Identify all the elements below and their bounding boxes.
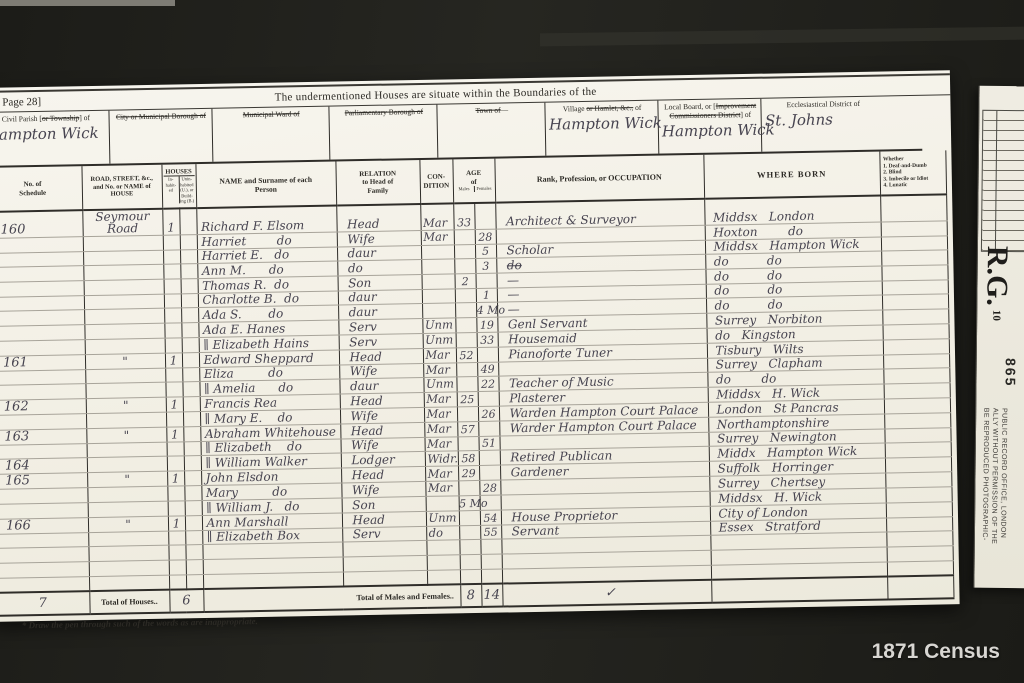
- condition: do: [426, 525, 459, 540]
- house-uninhabited: [180, 264, 197, 279]
- house-uninhabited: [185, 545, 202, 560]
- reference-mark: R.G.10: [979, 246, 1014, 321]
- col-houses: HOUSES In- habit- edUnin- habited (U.), …: [161, 164, 196, 209]
- page-label: Page 28]: [0, 95, 41, 108]
- age-male: [454, 259, 475, 274]
- disability: [880, 194, 946, 222]
- disability: [884, 398, 950, 414]
- col-disability: Whether 1. Deaf-and-Dumb 2. Blind 3. Imb…: [879, 150, 946, 195]
- relation: [343, 555, 427, 571]
- condition: [427, 555, 460, 570]
- disability: [886, 501, 952, 517]
- total-males-females-label: Total of Males and Females..: [203, 584, 460, 612]
- house-uninhabited: [185, 515, 202, 530]
- where-born: Middsx London: [704, 196, 880, 226]
- condition: Mar: [424, 392, 457, 408]
- person-name: Richard F. Elsom: [196, 206, 336, 235]
- condition: Unm: [423, 377, 456, 392]
- age-male: [459, 510, 480, 525]
- relation: Head: [336, 204, 420, 232]
- age-female: [478, 391, 499, 406]
- piece-number: 865: [1002, 358, 1018, 388]
- house-uninhabited: [186, 574, 203, 589]
- age-male: [457, 436, 478, 451]
- disability: [885, 472, 951, 488]
- road-name: [84, 309, 164, 325]
- age-male: [454, 229, 475, 244]
- age-female: 3: [475, 258, 496, 273]
- age-female: [480, 539, 501, 554]
- col-relation: RELATION to Head of Family: [335, 160, 420, 206]
- total-houses-label: Total of Houses..: [89, 590, 169, 614]
- header-field: Civil Parish [or Township] ofHampton Wic…: [0, 111, 110, 166]
- disability: [883, 338, 949, 354]
- house-inhabited: [165, 367, 182, 382]
- relation: daur: [338, 289, 422, 305]
- condition: [427, 570, 460, 585]
- house-inhabited: [165, 382, 182, 397]
- age-male: 52: [456, 347, 477, 362]
- age-male: [456, 332, 477, 347]
- house-inhabited: [168, 545, 185, 560]
- age-male: [456, 377, 477, 392]
- header-field: Ecclesiastical District ofSt. Johns: [762, 96, 885, 151]
- disability: [881, 265, 947, 281]
- field-value: Hampton Wick: [662, 121, 760, 141]
- house-uninhabited: [180, 235, 197, 250]
- house-uninhabited: [184, 486, 201, 501]
- road-name: [84, 294, 164, 310]
- relation: Head: [339, 348, 423, 365]
- disability: [885, 487, 951, 503]
- field-value: [441, 116, 543, 118]
- age-male: [455, 288, 476, 303]
- age-male: 57: [457, 421, 478, 436]
- house-inhabited: [165, 338, 182, 353]
- age-male: 2: [454, 274, 475, 289]
- age-female: 22: [477, 376, 498, 391]
- age-female: [479, 465, 500, 480]
- age-male: 29: [458, 466, 479, 481]
- disability: [883, 353, 949, 369]
- schedule-number: 160: [0, 210, 83, 238]
- age-female: 55: [480, 525, 501, 540]
- disability: [882, 324, 948, 340]
- age-male: [460, 554, 481, 569]
- condition: [422, 289, 455, 304]
- occupation: Architect & Surveyor: [495, 199, 704, 229]
- house-uninhabited: [181, 308, 198, 323]
- house-inhabited: [164, 294, 181, 309]
- road-name: ": [87, 471, 167, 487]
- house-inhabited: [163, 250, 180, 265]
- road-name: [89, 575, 169, 591]
- age-male: [457, 406, 478, 421]
- house-uninhabited: [185, 500, 202, 515]
- relation: Lodger: [341, 452, 425, 469]
- age-female: [481, 554, 502, 569]
- relation: Wife: [339, 363, 423, 379]
- age-male: [459, 540, 480, 555]
- house-inhabited: [164, 308, 181, 323]
- road-name: [84, 279, 164, 295]
- house-inhabited: [164, 279, 181, 294]
- house-inhabited: [167, 441, 184, 456]
- house-inhabited: [168, 501, 185, 516]
- field-value: Hampton Wick: [0, 124, 107, 144]
- census-table: No. of Schedule ROAD, STREET, &c., and N…: [0, 150, 954, 616]
- age-female: [475, 273, 496, 288]
- relation: Serv: [338, 319, 422, 335]
- house-inhabited: [163, 235, 180, 250]
- condition: [426, 540, 459, 555]
- disability: [885, 442, 951, 458]
- condition: Mar: [425, 481, 458, 496]
- col-where-born: WHERE BORN: [703, 152, 880, 199]
- house-inhabited: [166, 412, 183, 427]
- age-male: [459, 525, 480, 540]
- house-uninhabited: [181, 279, 198, 294]
- house-uninhabited: [184, 471, 201, 486]
- house-inhabited: [167, 486, 184, 501]
- field-value: [112, 122, 209, 124]
- road-name: [83, 250, 163, 266]
- age-male: [455, 303, 476, 318]
- age-male: 58: [458, 451, 479, 466]
- condition: Unm: [426, 510, 459, 526]
- header-field: Parliamentary Borough of: [330, 105, 439, 160]
- age-male: 25: [457, 391, 478, 406]
- house-uninhabited: [181, 293, 198, 308]
- col-schedule: No. of Schedule: [0, 166, 82, 212]
- age-male: 33: [453, 203, 474, 230]
- disability: [884, 427, 950, 443]
- condition: Mar: [424, 436, 457, 451]
- relation: Wife: [341, 482, 425, 498]
- age-female: 28: [479, 480, 500, 495]
- strip-grid: [981, 110, 1024, 252]
- col-name: NAME and Surname of each Person: [195, 162, 336, 209]
- condition: [426, 496, 459, 511]
- relation: Wife: [340, 437, 424, 453]
- road-name: ": [88, 516, 168, 532]
- house-inhabited: [169, 560, 186, 575]
- age-male: 5 Mo: [459, 495, 480, 510]
- relation: daur: [339, 378, 423, 394]
- table-body: 160Seymour Road1Richard F. ElsomHeadMar3…: [0, 194, 953, 592]
- house-inhabited: [163, 264, 180, 279]
- age-female: 1: [476, 288, 497, 303]
- disability: [882, 309, 948, 325]
- header-field: Municipal Ward of: [212, 107, 330, 162]
- house-inhabited: [168, 530, 185, 545]
- relation: Wife: [340, 407, 424, 423]
- house-inhabited: [164, 323, 181, 338]
- age-female: 51: [478, 436, 499, 451]
- field-value: [216, 120, 327, 122]
- condition: Mar: [420, 203, 453, 230]
- road-name: [87, 486, 167, 502]
- road-name: [85, 368, 165, 384]
- road-name: ": [85, 353, 165, 369]
- condition: Widr.: [425, 451, 458, 467]
- total-females-value: 14: [481, 583, 502, 606]
- relation: Head: [340, 422, 424, 439]
- road-name: [83, 265, 163, 281]
- condition: Unm: [422, 318, 455, 333]
- road-name: [84, 323, 164, 339]
- adjacent-page-strip: R.G.10 865 BE REPRODUCED PHOTOGRAPHIC-AL…: [973, 86, 1024, 589]
- field-value: [333, 118, 435, 120]
- house-uninhabited: [186, 560, 203, 575]
- age-female: 54: [480, 510, 501, 525]
- age-male: [458, 481, 479, 496]
- col-road: ROAD, STREET, &c., and No. or NAME of HO…: [81, 165, 162, 210]
- house-inhabited: 1: [166, 426, 183, 441]
- road-name: [88, 531, 168, 547]
- road-name: [87, 456, 167, 472]
- road-name: Seymour Road: [82, 209, 162, 237]
- header-field: Village or Hamlet, &c., ofHampton Wick: [546, 101, 660, 156]
- house-inhabited: 1: [162, 208, 179, 235]
- col-age: AGE of MalesFemales: [452, 159, 495, 204]
- age-female: 5: [475, 244, 496, 259]
- house-uninhabited: [183, 426, 200, 441]
- age-female: [479, 450, 500, 465]
- age-female: [481, 569, 502, 584]
- house-inhabited: [169, 575, 186, 590]
- relation: Son: [342, 496, 426, 512]
- disability: [882, 280, 948, 296]
- relation: daur: [337, 245, 421, 261]
- relation: [343, 570, 427, 586]
- house-uninhabited: [182, 367, 199, 382]
- condition: [421, 245, 454, 260]
- house-uninhabited: [184, 456, 201, 471]
- disability: [887, 546, 953, 562]
- house-uninhabited: [184, 441, 201, 456]
- disability: [881, 221, 947, 237]
- disability: [881, 236, 947, 252]
- road-name: ": [86, 397, 166, 413]
- margin-note: 7: [0, 591, 90, 616]
- house-uninhabited: [182, 382, 199, 397]
- road-name: [85, 338, 165, 354]
- road-name: [87, 442, 167, 458]
- disability: [883, 368, 949, 384]
- col-condition: CON- DITION: [419, 159, 453, 204]
- condition: [422, 303, 455, 318]
- road-name: [88, 501, 168, 517]
- house-uninhabited: [182, 337, 199, 352]
- total-males-value: 8: [460, 584, 481, 607]
- condition: Mar: [423, 362, 456, 377]
- condition: Mar: [424, 421, 457, 437]
- house-uninhabited: [180, 249, 197, 264]
- condition: Unm: [423, 333, 456, 348]
- house-inhabited: 1: [167, 471, 184, 486]
- house-uninhabited: [181, 323, 198, 338]
- age-female: 26: [478, 406, 499, 421]
- road-name: [83, 235, 163, 251]
- age-male: [454, 244, 475, 259]
- relation: do: [337, 260, 421, 276]
- check-mark: ✓: [502, 580, 711, 607]
- age-female: [477, 347, 498, 362]
- relation: Head: [340, 392, 424, 409]
- road-name: [85, 382, 165, 398]
- disability: [886, 516, 952, 532]
- total-houses-value: 6: [169, 589, 203, 613]
- condition: Mar: [424, 407, 457, 422]
- road-name: ": [86, 427, 166, 443]
- header-field: Town of—: [438, 103, 547, 158]
- house-uninhabited: [183, 396, 200, 411]
- condition: Mar: [425, 466, 458, 482]
- disability: [884, 412, 950, 428]
- age-female: [474, 203, 495, 230]
- disability: [887, 560, 953, 576]
- disability: [886, 531, 952, 547]
- age-male: [455, 318, 476, 333]
- disability: [884, 383, 950, 399]
- condition: [421, 259, 454, 274]
- disability: [882, 294, 948, 310]
- house-inhabited: [167, 456, 184, 471]
- house-uninhabited: [182, 352, 199, 367]
- age-female: 4 Mo: [476, 303, 497, 318]
- road-name: [89, 560, 169, 576]
- house-uninhabited: [179, 208, 196, 235]
- age-male: [460, 569, 481, 584]
- caption: 1871 Census: [872, 640, 1000, 664]
- house-inhabited: 1: [165, 352, 182, 367]
- disability: [881, 250, 947, 266]
- notice-line: PUBLIC RECORD OFFICE, LONDON: [998, 408, 1009, 544]
- field-value: St. Johns: [765, 110, 882, 130]
- relation: [342, 541, 426, 557]
- relation: Son: [338, 275, 422, 291]
- relation: Wife: [337, 230, 421, 246]
- house-inhabited: 1: [168, 515, 185, 530]
- condition: [421, 274, 454, 289]
- census-form-page: Page 28] The undermentioned Houses are s…: [0, 70, 960, 622]
- disability: [885, 457, 951, 473]
- background-streak: [540, 27, 1024, 47]
- condition: Mar: [421, 230, 454, 245]
- age-female: 28: [475, 229, 496, 244]
- road-name: [88, 545, 168, 561]
- age-female: 49: [477, 362, 498, 377]
- relation: Serv: [339, 333, 423, 349]
- relation: Head: [342, 511, 426, 528]
- condition: Mar: [423, 347, 456, 363]
- age-female: 19: [476, 317, 497, 332]
- col-occupation: Rank, Profession, or OCCUPATION: [494, 155, 704, 203]
- house-uninhabited: [185, 530, 202, 545]
- header-field: City or Municipal Borough of: [109, 109, 213, 164]
- scanner-edge-sliver: [0, 0, 175, 6]
- field-value: Hampton Wick: [549, 114, 656, 134]
- header-field: Local Board, or [Improvement Commissione…: [658, 99, 762, 154]
- age-female: [478, 421, 499, 436]
- age-female: 33: [477, 332, 498, 347]
- age-male: [456, 362, 477, 377]
- relation: Serv: [342, 526, 426, 542]
- relation: daur: [338, 304, 422, 320]
- house-inhabited: 1: [166, 397, 183, 412]
- copyright-notice: BE REPRODUCED PHOTOGRAPHIC-ALLY WITHOUT …: [980, 408, 1009, 545]
- road-name: [86, 412, 166, 428]
- house-uninhabited: [183, 411, 200, 426]
- relation: Head: [341, 467, 425, 484]
